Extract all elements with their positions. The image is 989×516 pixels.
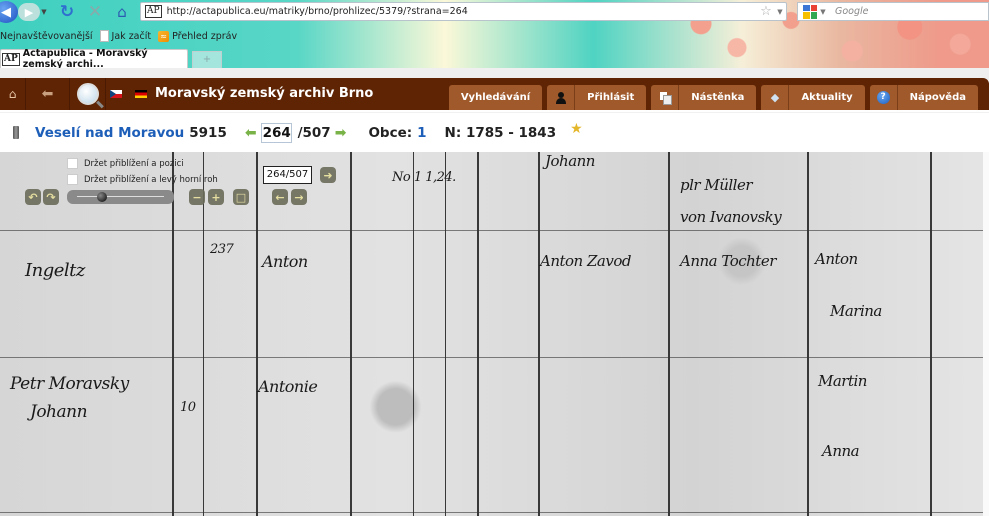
register-line xyxy=(413,152,414,516)
browser-navbar: ◀ ▶ ▼ ↻ ✕ ⌂ AP http://actapublica.eu/mat… xyxy=(0,0,989,24)
tab-strip: AP Actapublica - Moravský zemský archi..… xyxy=(0,48,222,68)
register-line xyxy=(0,357,989,358)
handwriting: Anton xyxy=(815,250,858,268)
czech-flag-icon[interactable] xyxy=(110,90,122,98)
handwriting: Johann xyxy=(30,402,87,422)
site-header: ⌂ ⬅ Moravský zemský archiv Brno Vyhledáv… xyxy=(0,78,989,110)
handwriting: plr Müller xyxy=(680,176,752,194)
reload-icon[interactable]: ↻ xyxy=(58,2,76,22)
search-input[interactable]: Google xyxy=(835,6,869,17)
menu-search[interactable]: Vyhledávání xyxy=(449,85,542,110)
menu-login[interactable]: Přihlásit xyxy=(547,85,646,110)
prev-page-arrow-icon[interactable]: ⬅ xyxy=(245,125,257,141)
page-edge xyxy=(983,152,989,516)
rss-icon: ≈ xyxy=(158,31,169,42)
tab-actapublica[interactable]: AP Actapublica - Moravský zemský archi..… xyxy=(0,49,188,68)
tab-title: Actapublica - Moravský zemský archi... xyxy=(23,48,187,68)
register-line xyxy=(203,152,204,516)
keep-zoom-corner-checkbox[interactable] xyxy=(67,174,78,185)
bookmarks-bar: Nejnavštěvovanější Jak začít ≈Přehled zp… xyxy=(0,27,240,45)
handwriting: No 1 1,24. xyxy=(392,170,456,185)
handwriting: Anton Zavod xyxy=(540,252,631,270)
forward-arrow-icon: ▶ xyxy=(25,6,33,19)
site-back-button[interactable]: ⬅ xyxy=(26,78,70,110)
help-icon: ? xyxy=(877,91,890,104)
next-page-icon[interactable]: → xyxy=(291,189,307,205)
zoom-in-icon[interactable]: + xyxy=(208,189,224,205)
handwriting: Johann xyxy=(545,152,595,170)
register-line xyxy=(477,152,479,516)
handwriting: Marina xyxy=(830,302,882,320)
user-icon xyxy=(556,92,566,104)
main-menu: Vyhledávání Přihlásit Nástěnka ◆ Aktuali… xyxy=(449,85,978,110)
favorite-star-icon[interactable]: ★ xyxy=(570,121,583,137)
site-search-button[interactable] xyxy=(70,78,106,110)
obce-label: Obce: xyxy=(368,125,412,141)
url-dropdown-icon[interactable]: ▼ xyxy=(774,8,786,16)
keep-zoom-corner-option[interactable]: Držet přiblížení a levý horní roh xyxy=(67,174,218,185)
search-engine-dropdown-icon[interactable]: ▼ xyxy=(817,8,829,16)
obce-value-link[interactable]: 1 xyxy=(417,125,426,141)
handwriting: 237 xyxy=(210,242,233,257)
magnifier-icon xyxy=(77,83,99,105)
register-line xyxy=(538,152,540,516)
back-arrow-icon: ◀ xyxy=(1,5,11,20)
handwriting: von Ivanovsky xyxy=(680,208,781,226)
zoom-out-icon[interactable]: − xyxy=(189,189,205,205)
handwriting: Petr Moravsky xyxy=(10,374,129,394)
site-home-button[interactable]: ⌂ xyxy=(0,78,26,110)
site-favicon: AP xyxy=(145,5,162,18)
page-number-input[interactable] xyxy=(261,123,292,143)
handwriting: Anna xyxy=(822,442,859,460)
search-bar[interactable]: ▼ Google xyxy=(797,2,989,21)
register-line xyxy=(256,152,258,516)
menu-dashboard[interactable]: Nástěnka xyxy=(651,85,756,110)
home-icon[interactable]: ⌂ xyxy=(112,2,132,22)
handwriting: Ingeltz xyxy=(25,260,85,281)
fit-screen-icon[interactable]: □ xyxy=(233,189,249,205)
pages-icon xyxy=(660,92,670,103)
register-line xyxy=(930,152,932,516)
zoom-slider-handle[interactable] xyxy=(97,192,107,202)
register-line xyxy=(172,152,174,516)
scan-viewer[interactable]: Ingeltz 237 Anton Johann plr Müller von … xyxy=(0,152,989,516)
handwriting: Martin xyxy=(818,372,867,390)
place-link[interactable]: Veselí nad Moravou xyxy=(35,125,184,141)
go-page-arrow-icon[interactable]: ➜ xyxy=(320,167,336,183)
handwriting: Anton xyxy=(262,252,308,271)
register-line xyxy=(668,152,670,516)
year-range: N: 1785 - 1843 xyxy=(445,125,557,141)
site-title: Moravský zemský archiv Brno xyxy=(155,86,373,101)
stop-icon[interactable]: ✕ xyxy=(86,2,104,22)
keep-zoom-position-option[interactable]: Držet přiblížení a pozici xyxy=(67,158,184,169)
bookmark-getting-started[interactable]: Jak začít xyxy=(100,30,152,42)
handwriting: 10 xyxy=(180,400,196,415)
book-icon xyxy=(13,126,19,139)
menu-help[interactable]: ? Nápověda xyxy=(870,85,978,110)
total-pages: /507 xyxy=(298,125,331,141)
history-dropdown[interactable]: ▼ xyxy=(40,4,48,20)
register-line xyxy=(350,152,352,516)
tab-favicon: AP xyxy=(2,53,20,66)
register-line xyxy=(807,152,809,516)
keep-zoom-position-checkbox[interactable] xyxy=(67,158,78,169)
back-arrow-icon: ⬅ xyxy=(42,86,54,102)
register-line xyxy=(445,152,446,516)
url-bar[interactable]: AP http://actapublica.eu/matriky/brno/pr… xyxy=(140,2,787,21)
handwriting: Anna Tochter xyxy=(680,252,776,270)
handwriting: Antonie xyxy=(258,377,317,396)
rotate-right-icon[interactable]: ↷ xyxy=(43,189,59,205)
zoom-slider[interactable] xyxy=(67,190,174,204)
news-icon: ◆ xyxy=(771,91,779,104)
register-line xyxy=(0,230,989,231)
menu-news[interactable]: ◆ Aktuality xyxy=(761,85,864,110)
forward-button[interactable]: ▶ xyxy=(18,3,40,21)
register-line xyxy=(0,512,989,513)
back-button[interactable]: ◀ xyxy=(0,1,18,23)
next-page-arrow-icon[interactable]: ➡ xyxy=(335,125,347,141)
page-icon xyxy=(100,30,109,42)
prev-page-icon[interactable]: ← xyxy=(272,189,288,205)
page-indicator: 264/507 xyxy=(263,166,312,184)
record-info-bar: Veselí nad Moravou 5915 ⬅ /507 ➡ Obce: 1… xyxy=(0,112,989,152)
bookmark-most-visited[interactable]: Nejnavštěvovanější xyxy=(0,31,93,42)
german-flag-icon[interactable] xyxy=(135,90,147,98)
rotate-left-icon[interactable]: ↶ xyxy=(25,189,41,205)
google-icon[interactable] xyxy=(803,5,817,19)
new-tab-button[interactable]: + xyxy=(192,51,222,68)
url-text[interactable]: http://actapublica.eu/matriky/brno/prohl… xyxy=(167,6,758,17)
home-icon: ⌂ xyxy=(9,87,17,101)
record-id: 5915 xyxy=(189,125,227,141)
bookmark-star-icon[interactable]: ☆ xyxy=(758,4,774,19)
bookmark-news-feed[interactable]: ≈Přehled zpráv xyxy=(158,31,237,42)
browser-chrome: ◀ ▶ ▼ ↻ ✕ ⌂ AP http://actapublica.eu/mat… xyxy=(0,0,989,68)
